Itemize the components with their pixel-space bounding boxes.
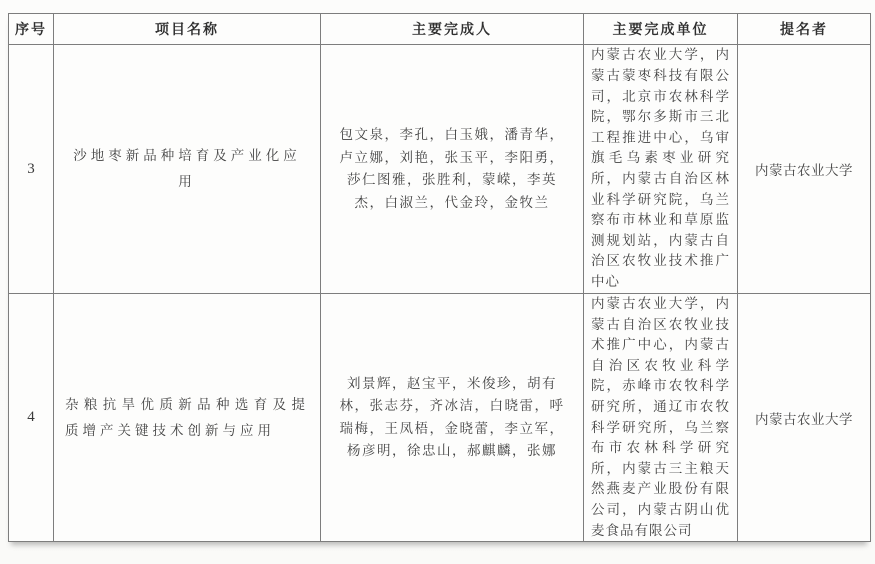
project-name-cell: 杂粮抗旱优质新品种选育及提质增产关键技术创新与应用	[54, 294, 321, 542]
contributors-text: 刘景辉，赵宝平，米俊珍，胡有林，张志芬，齐冰洁，白晓雷，呼瑞梅，王凤梧，金晓蕾，…	[334, 373, 570, 463]
contributors-cell: 刘景辉，赵宝平，米俊珍，胡有林，张志芬，齐冰洁，白晓雷，呼瑞梅，王凤梧，金晓蕾，…	[321, 294, 584, 542]
col-header-project-name: 项目名称	[54, 14, 321, 45]
header-row: 序号 项目名称 主要完成人 主要完成单位 提名者	[9, 14, 871, 45]
project-name-text: 杂粮抗旱优质新品种选育及提质增产关键技术创新与应用	[65, 392, 309, 444]
col-header-main-units: 主要完成单位	[584, 14, 738, 45]
units-cell: 内蒙古农业大学，内蒙古蒙枣科技有限公司，北京市农林科学院，鄂尔多斯市三北工程推进…	[584, 45, 738, 294]
table-row: 3 沙地枣新品种培育及产业化应用 包文泉，李孔，白玉娥，潘青华，卢立娜，刘艳，张…	[9, 45, 871, 294]
contributors-text: 包文泉，李孔，白玉娥，潘青华，卢立娜，刘艳，张玉平，李阳勇，莎仁图雅，张胜利，蒙…	[334, 124, 570, 214]
award-table-container: 序号 项目名称 主要完成人 主要完成单位 提名者 3 沙地枣新品种培育及产业化应…	[8, 13, 870, 542]
award-table: 序号 项目名称 主要完成人 主要完成单位 提名者 3 沙地枣新品种培育及产业化应…	[8, 13, 871, 542]
contributors-cell: 包文泉，李孔，白玉娥，潘青华，卢立娜，刘艳，张玉平，李阳勇，莎仁图雅，张胜利，蒙…	[321, 45, 584, 294]
serial-no-cell: 3	[9, 45, 54, 294]
serial-no-cell: 4	[9, 294, 54, 542]
col-header-nominator: 提名者	[738, 14, 871, 45]
nominator-cell: 内蒙古农业大学	[738, 45, 871, 294]
units-cell: 内蒙古农业大学，内蒙古自治区农牧业技术推广中心，内蒙古自治区农牧业科学院，赤峰市…	[584, 294, 738, 542]
units-text: 内蒙古农业大学，内蒙古蒙枣科技有限公司，北京市农林科学院，鄂尔多斯市三北工程推进…	[591, 45, 730, 292]
nominator-cell: 内蒙古农业大学	[738, 294, 871, 542]
project-name-cell: 沙地枣新品种培育及产业化应用	[54, 45, 321, 294]
units-text: 内蒙古农业大学，内蒙古自治区农牧业技术推广中心，内蒙古自治区农牧业科学院，赤峰市…	[591, 294, 730, 541]
col-header-main-contributors: 主要完成人	[321, 14, 584, 45]
col-header-serial-no: 序号	[9, 14, 54, 45]
document-page: 序号 项目名称 主要完成人 主要完成单位 提名者 3 沙地枣新品种培育及产业化应…	[0, 0, 875, 564]
project-name-text: 沙地枣新品种培育及产业化应用	[65, 143, 309, 195]
table-row: 4 杂粮抗旱优质新品种选育及提质增产关键技术创新与应用 刘景辉，赵宝平，米俊珍，…	[9, 294, 871, 542]
